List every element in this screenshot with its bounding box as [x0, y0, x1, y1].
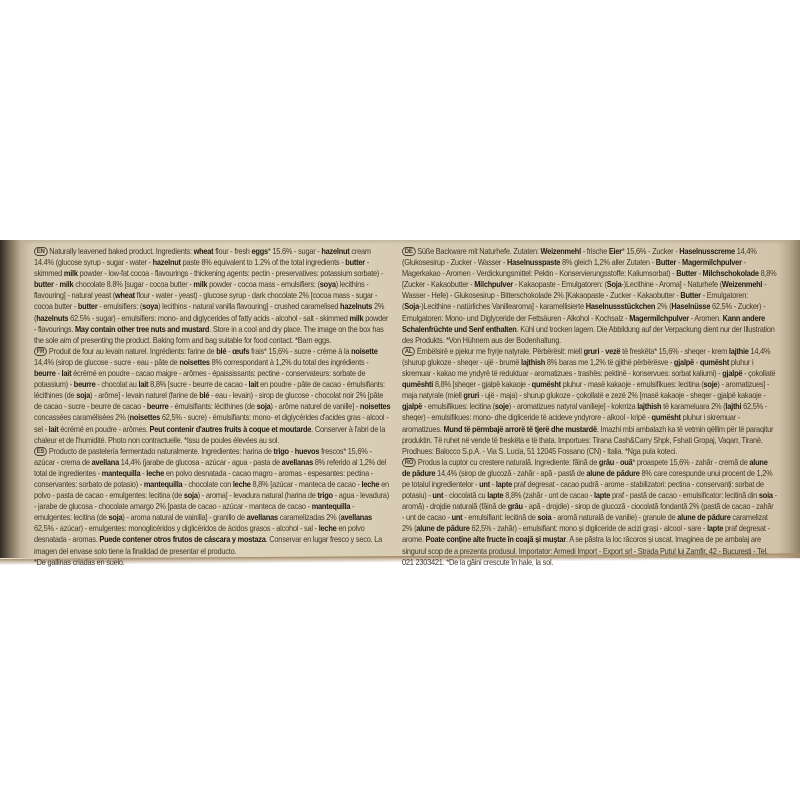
- allergen-text: beurre: [147, 402, 169, 411]
- allergen-text: Eier: [609, 247, 622, 256]
- allergen-text: lajthish: [637, 402, 661, 411]
- language-badge: ES: [34, 447, 47, 456]
- allergen-text: lapte: [487, 491, 503, 500]
- allergen-text: lapte: [496, 480, 512, 489]
- allergen-text: qumësht: [700, 358, 729, 367]
- allergen-text: wheat: [194, 247, 214, 256]
- allergen-text: milk: [349, 314, 363, 323]
- allergen-text: Butter: [680, 291, 700, 300]
- allergen-text: gruri: [463, 391, 479, 400]
- ingredients-ro: ROProdus la cuptor cu crestere naturală.…: [402, 457, 777, 568]
- allergen-text: butter: [34, 280, 54, 289]
- language-badge: FR: [34, 347, 47, 356]
- allergen-text: noisettes: [360, 402, 390, 411]
- language-badge: AL: [402, 347, 415, 356]
- allergen-text: Haselnusscreme: [679, 247, 735, 256]
- language-badge: RO: [402, 458, 416, 467]
- ingredients-fr: FRProduit de four au levain naturel. Ing…: [34, 346, 391, 446]
- allergen-text: mantequilla: [144, 480, 183, 489]
- allergen-text: alune de pădure: [586, 469, 639, 478]
- allergen-text: Soja: [404, 302, 419, 311]
- allergen-text: hazelnuts: [36, 314, 68, 323]
- allergen-text: mantequilla: [312, 502, 351, 511]
- box-edge-left: [0, 240, 30, 558]
- allergen-text: qumësht: [652, 413, 681, 422]
- allergen-text: Butter: [656, 258, 676, 267]
- language-badge: DE: [402, 247, 415, 256]
- allergen-text: lajthie: [729, 347, 749, 356]
- allergen-text: milk: [64, 269, 78, 278]
- allergen-text: œufs: [232, 347, 249, 356]
- allergen-text: Mund të përmbajë arrorë të tjerë dhe mus…: [443, 425, 596, 434]
- allergen-text: lajthish: [521, 358, 545, 367]
- allergen-text: lapte: [707, 524, 723, 533]
- allergen-text: unt: [432, 491, 443, 500]
- allergen-text: leche: [319, 524, 337, 533]
- language-badge: EN: [34, 247, 47, 256]
- allergen-text: gjalpë: [402, 402, 422, 411]
- allergen-text: avellanas: [282, 458, 313, 467]
- allergen-text: blé: [216, 347, 226, 356]
- allergen-text: Milchpulver: [474, 280, 513, 289]
- allergen-text: vezë: [605, 347, 620, 356]
- right-column: DESüße Backware mit Naturhefe. Zutaten: …: [402, 246, 778, 554]
- allergen-text: huevos: [295, 447, 320, 456]
- allergen-text: Peut contenir d'autres fruits à coque et…: [150, 425, 312, 434]
- allergen-text: leche: [362, 480, 380, 489]
- allergen-text: soya: [142, 302, 158, 311]
- allergen-text: ouă: [620, 458, 632, 467]
- allergen-text: soje: [495, 402, 509, 411]
- allergen-text: lajthi: [725, 402, 741, 411]
- allergen-text: soja: [257, 402, 271, 411]
- allergen-text: soja: [184, 491, 198, 500]
- allergen-text: soje: [704, 380, 718, 389]
- allergen-text: soia: [537, 513, 551, 522]
- allergen-text: Haselnussstückchen: [586, 302, 656, 311]
- allergen-text: Soja: [607, 280, 622, 289]
- allergen-text: butter: [345, 258, 365, 267]
- allergen-text: hazelnut: [153, 258, 181, 267]
- ingredients-es: ESProducto de pastelería fermentado natu…: [34, 446, 391, 568]
- allergen-text: Magermilchpulver: [682, 258, 742, 267]
- allergen-text: avellanas: [341, 513, 372, 522]
- allergen-text: trigo: [318, 491, 333, 500]
- ingredients-label: ENNaturally leavened baked product. Ingr…: [0, 240, 800, 558]
- allergen-text: Butter: [676, 269, 696, 278]
- box-edge-right: [778, 240, 800, 558]
- allergen-text: unt: [452, 513, 463, 522]
- allergen-text: qumështi: [402, 380, 433, 389]
- allergen-text: soja: [76, 391, 90, 400]
- ingredients-de: DESüße Backware mit Naturhefe. Zutaten: …: [402, 246, 777, 346]
- allergen-text: Poate conține alte fructe în coajă și mu…: [425, 535, 565, 544]
- allergen-text: gjalpë: [674, 358, 694, 367]
- allergen-text: Milchschokolade: [703, 269, 759, 278]
- allergen-text: unt: [479, 480, 490, 489]
- left-column: ENNaturally leavened baked product. Ingr…: [34, 246, 392, 554]
- allergen-text: alune de pădure: [677, 513, 730, 522]
- footnote: *De gallinas criadas en suelo.: [34, 557, 391, 568]
- allergen-text: avellana: [92, 458, 119, 467]
- allergen-text: lait: [62, 369, 72, 378]
- allergen-text: grâu: [599, 458, 614, 467]
- allergen-text: trigo: [273, 447, 288, 456]
- allergen-text: avellanas: [247, 513, 278, 522]
- allergen-text: blé: [199, 391, 209, 400]
- allergen-text: mantequilla: [102, 469, 141, 478]
- allergen-text: Magermilchpulver: [629, 314, 689, 323]
- label-columns: ENNaturally leavened baked product. Ingr…: [34, 246, 778, 554]
- allergen-text: butter: [78, 302, 98, 311]
- allergen-text: lapte: [594, 491, 610, 500]
- allergen-text: eggs: [252, 247, 268, 256]
- allergen-text: grâu: [508, 502, 523, 511]
- allergen-text: leche: [146, 469, 164, 478]
- allergen-text: gruri: [584, 347, 600, 356]
- allergen-text: alune de pădure: [416, 524, 469, 533]
- allergen-text: leche: [233, 480, 251, 489]
- allergen-text: qumësht: [532, 380, 561, 389]
- allergen-text: Puede contener otros frutos de cáscara y…: [99, 535, 265, 544]
- allergen-text: noisettes: [179, 358, 209, 367]
- allergen-text: Kann andere Schalenfrüchte und Senf enth…: [402, 314, 765, 334]
- allergen-text: soya: [320, 280, 336, 289]
- ingredients-en: ENNaturally leavened baked product. Ingr…: [34, 246, 391, 346]
- allergen-text: soja: [109, 513, 123, 522]
- allergen-text: noisettes: [130, 413, 160, 422]
- allergen-text: wheat: [115, 291, 135, 300]
- allergen-text: soia: [759, 491, 773, 500]
- allergen-text: Weizenmehl: [541, 247, 581, 256]
- allergen-text: May contain other tree nuts and mustard: [75, 325, 209, 334]
- allergen-text: gjalpë: [722, 369, 742, 378]
- allergen-text: lait: [139, 380, 149, 389]
- allergen-text: Haselnüsse: [671, 302, 710, 311]
- allergen-text: beurre: [34, 369, 56, 378]
- allergen-text: beurre: [74, 380, 96, 389]
- allergen-text: alune de pădure: [402, 458, 768, 478]
- allergen-text: noisette: [351, 347, 378, 356]
- allergen-text: hazelnuts: [340, 302, 372, 311]
- ingredients-al: ALËmbëlsirë e pjekur me fryrje natyrale.…: [402, 346, 777, 457]
- allergen-text: lait: [49, 425, 59, 434]
- allergen-text: milk: [60, 280, 74, 289]
- allergen-text: lait: [249, 380, 259, 389]
- allergen-text: milk: [193, 280, 207, 289]
- allergen-text: Haselnusspaste: [507, 258, 560, 267]
- allergen-text: hazelnut: [321, 247, 349, 256]
- allergen-text: Weizenmehl: [722, 280, 762, 289]
